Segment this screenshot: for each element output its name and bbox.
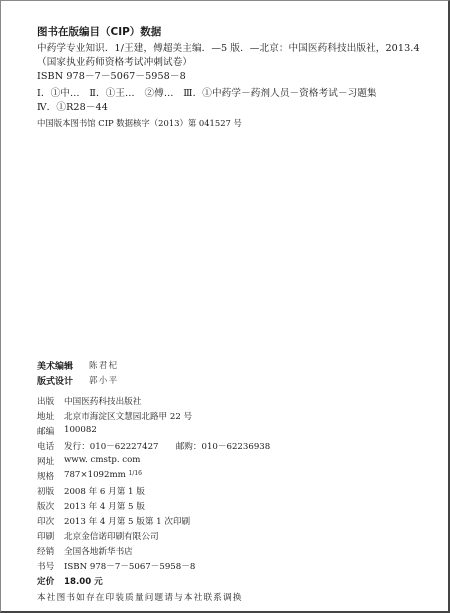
detail-website: 网址www. cmstp. com: [37, 455, 140, 467]
detail-printer: 印刷北京金信诺印刷有限公司: [37, 530, 159, 542]
cip-title: 图书在版编目（CIP）数据: [37, 24, 161, 39]
cip-line-bibliographic: 中药学专业知识．1/王建，傅超美主编．—5 版．—北京：中国医药科技出版社，20…: [37, 40, 420, 54]
detail-first-edition: 初版2008 年 6 月第 1 版: [37, 485, 145, 497]
detail-distributor: 经销全国各地新华书店: [37, 545, 133, 557]
format-fraction: 1/16: [129, 470, 142, 482]
credit-layout-design: 版式设计 郭小平: [37, 374, 119, 387]
detail-price: 定价18.00 元: [37, 575, 103, 587]
cip-line-subjects: Ⅰ．①中… Ⅱ．①王… ②傅… Ⅲ．①中药学－药剂人员－资格考试－习题集: [37, 85, 377, 99]
credit-value: 郭小平: [89, 374, 119, 387]
credit-label: 版式设计: [37, 374, 89, 387]
detail-isbn: 书号ISBN 978－7－5067－5958－8: [37, 560, 195, 572]
cip-line-classification: Ⅳ．①R28－44: [37, 99, 108, 113]
detail-edition: 版次2013 年 4 月第 5 版: [37, 500, 145, 512]
credit-label: 美术编辑: [37, 359, 89, 372]
detail-phone: 电话发行：010－62227427 邮购：010－62236938: [37, 440, 270, 452]
detail-address: 地址北京市海淀区文慧园北路甲 22 号: [37, 410, 192, 422]
credit-value: 陈君杞: [89, 359, 119, 372]
copyright-page: 图书在版编目（CIP）数据 中药学专业知识．1/王建，傅超美主编．—5 版．—北…: [0, 0, 450, 613]
credit-art-editor: 美术编辑 陈君杞: [37, 359, 119, 372]
cip-verification: 中国版本图书馆 CIP 数据核字（2013）第 041527 号: [37, 117, 242, 129]
detail-printing: 印次2013 年 4 月第 5 版第 1 次印刷: [37, 515, 190, 527]
detail-format: 规格787×1092mm 1/16: [37, 470, 142, 482]
detail-publisher: 出版中国医药科技出版社: [37, 395, 141, 407]
cip-line-isbn: ISBN 978－7－5067－5958－8: [37, 68, 186, 82]
quality-notice: 本社图书如存在印装质量问题请与本社联系调换: [37, 591, 243, 603]
detail-postcode: 邮编100082: [37, 425, 97, 437]
cip-line-series: （国家执业药师资格考试冲刺试卷）: [37, 54, 192, 68]
